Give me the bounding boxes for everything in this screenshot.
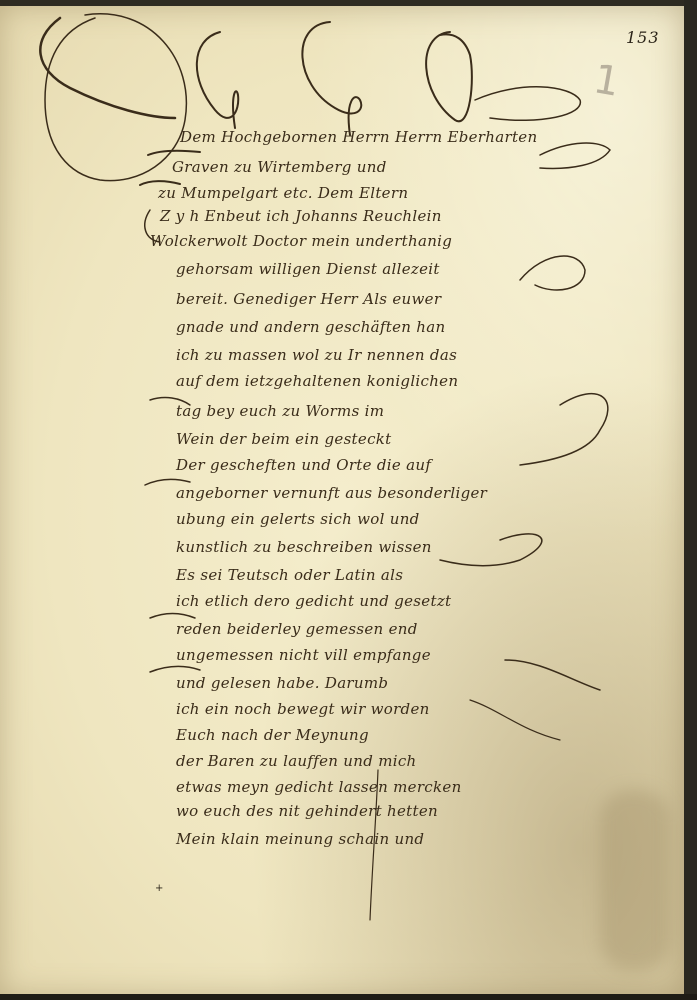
text-line: kunstlich zu beschreiben wissen — [176, 538, 432, 556]
text-line: wo euch des nit gehindert hetten — [176, 802, 438, 820]
text-line: Es sei Teutsch oder Latin als — [176, 566, 403, 584]
text-line: der Baren zu lauffen und mich — [176, 752, 416, 770]
text-line: Wein der beim ein gesteckt — [176, 430, 392, 448]
text-line: etwas meyn gedicht lassen mercken — [176, 778, 462, 796]
water-stain — [600, 790, 670, 970]
text-line: Dem Hochgebornen Herrn Herrn Eberharten — [180, 128, 537, 146]
text-line: ich etlich dero gedicht und gesetzt — [176, 592, 451, 610]
text-line: ich zu massen wol zu Ir nennen das — [176, 346, 457, 364]
text-line: Z y h Enbeut ich Johanns Reuchlein — [160, 207, 442, 225]
folio-number: 153 — [626, 28, 660, 47]
text-line: angeborner vernunft aus besonderliger — [176, 484, 487, 502]
text-line: tag bey euch zu Worms im — [176, 402, 384, 420]
text-line: zu Mumpelgart etc. Dem Eltern — [158, 184, 408, 202]
page-edge-top — [0, 0, 697, 6]
page-edge-bottom — [0, 994, 697, 1000]
text-line: Graven zu Wirtemberg und — [172, 158, 387, 176]
text-line: reden beiderley gemessen end — [176, 620, 418, 638]
text-line: gehorsam willigen Dienst allezeit — [176, 260, 440, 278]
text-line: gnade und andern geschäften han — [176, 318, 445, 336]
page-edge-right — [684, 0, 697, 1000]
text-line: ich ein noch bewegt wir worden — [176, 700, 430, 718]
text-line: ungemessen nicht vill empfange — [176, 646, 431, 664]
text-line: Wolckerwolt Doctor mein underthanig — [150, 232, 452, 250]
text-line: bereit. Genediger Herr Als euwer — [176, 290, 441, 308]
text-line: auf dem ietzgehaltenen koniglichen — [176, 372, 458, 390]
text-line: Der gescheften und Orte die auf — [176, 456, 431, 474]
text-line: Mein klain meinung schain und — [176, 830, 424, 848]
text-line: Euch nach der Meynung — [176, 726, 369, 744]
text-line: und gelesen habe. Darumb — [176, 674, 388, 692]
text-line: ubung ein gelerts sich wol und — [176, 510, 420, 528]
ink-mark: + — [155, 883, 163, 894]
